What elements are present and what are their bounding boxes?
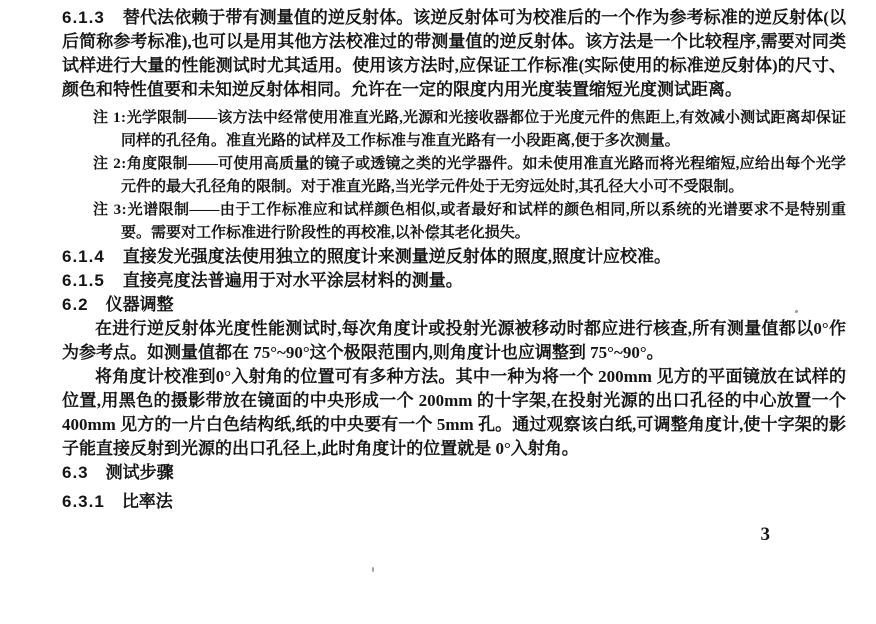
clause-6-1-4: 6.1.4直接发光强度法使用独立的照度计来测量逆反射体的照度,照度计应校准。 bbox=[62, 245, 846, 269]
heading-number: 6.2 bbox=[62, 295, 89, 314]
note-label: 注 2: bbox=[93, 156, 127, 172]
heading-title: 仪器调整 bbox=[106, 295, 174, 314]
scan-speck bbox=[795, 310, 798, 313]
heading-title: 测试步骤 bbox=[106, 463, 174, 482]
heading-number: 6.3.1 bbox=[62, 492, 105, 511]
section-heading-6-2: 6.2仪器调整 bbox=[62, 293, 846, 317]
note-label: 注 1: bbox=[93, 110, 127, 126]
note-text: 光谱限制——由于工作标准应和试样颜色相似,或者最好和试样的颜色相同,所以系统的光… bbox=[121, 202, 846, 241]
clause-6-1-3: 6.1.3替代法依赖于带有测量值的逆反射体。该逆反射体可为校准后的一个作为参考标… bbox=[62, 6, 846, 102]
scan-speck bbox=[372, 567, 374, 572]
scan-speck bbox=[432, 237, 435, 241]
note-1: 注 1:光学限制——该方法中经常使用准直光路,光源和光接收器都位于光度元件的焦距… bbox=[93, 107, 846, 153]
section-heading-6-3-1: 6.3.1比率法 bbox=[62, 490, 846, 514]
note-text: 光学限制——该方法中经常使用准直光路,光源和光接收器都位于光度元件的焦距上,有效… bbox=[121, 110, 846, 149]
note-label: 注 3: bbox=[93, 202, 127, 218]
paragraph-goniometer-calibration: 将角度计校准到0°入射角的位置可有多种方法。其中一种为将一个 200mm 见方的… bbox=[62, 365, 846, 461]
note-2: 注 2:角度限制——可使用高质量的镜子或透镜之类的光学器件。如未使用准直光路而将… bbox=[93, 153, 846, 199]
paragraph-instrument-check: 在进行逆反射体光度性能测试时,每次角度计或投射光源被移动时都应进行核查,所有测量… bbox=[62, 317, 846, 365]
notes-block: 注 1:光学限制——该方法中经常使用准直光路,光源和光接收器都位于光度元件的焦距… bbox=[62, 107, 846, 245]
heading-title: 比率法 bbox=[122, 492, 173, 511]
note-3: 注 3:光谱限制——由于工作标准应和试样颜色相似,或者最好和试样的颜色相同,所以… bbox=[93, 199, 846, 245]
heading-number: 6.3 bbox=[62, 463, 89, 482]
clause-number: 6.1.5 bbox=[62, 271, 105, 290]
clause-6-1-5: 6.1.5直接亮度法普遍用于对水平涂层材料的测量。 bbox=[62, 269, 846, 293]
clause-number: 6.1.4 bbox=[62, 247, 105, 266]
clause-text: 直接亮度法普遍用于对水平涂层材料的测量。 bbox=[123, 271, 463, 290]
clause-number: 6.1.3 bbox=[62, 8, 105, 27]
clause-text: 替代法依赖于带有测量值的逆反射体。该逆反射体可为校准后的一个作为参考标准的逆反射… bbox=[62, 8, 846, 99]
scanned-document-page: 6.1.3替代法依赖于带有测量值的逆反射体。该逆反射体可为校准后的一个作为参考标… bbox=[0, 0, 876, 624]
note-text: 角度限制——可使用高质量的镜子或透镜之类的光学器件。如未使用准直光路而将光程缩短… bbox=[121, 156, 846, 195]
page-number: 3 bbox=[62, 523, 846, 547]
clause-text: 直接发光强度法使用独立的照度计来测量逆反射体的照度,照度计应校准。 bbox=[123, 247, 671, 266]
section-heading-6-3: 6.3测试步骤 bbox=[62, 461, 846, 485]
